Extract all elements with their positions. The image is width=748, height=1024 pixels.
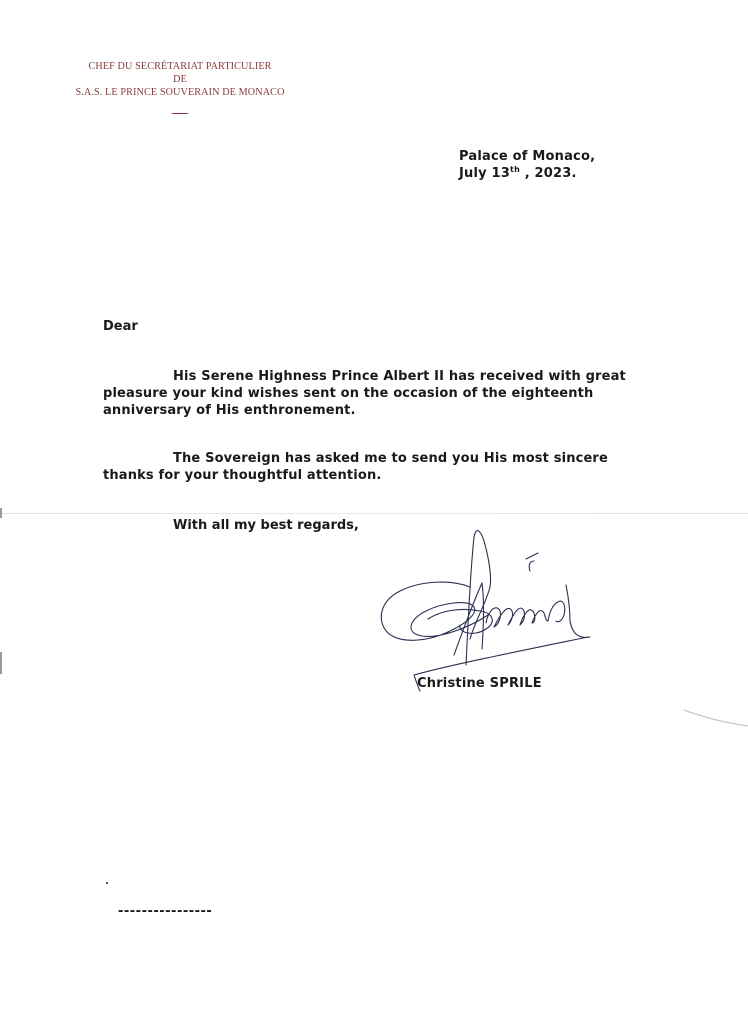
- closing: With all my best regards,: [173, 518, 359, 533]
- stray-pen-mark: [660, 700, 748, 730]
- date-rest: , 2023.: [520, 166, 577, 181]
- paragraph-text: His Serene Highness Prince Albert II has…: [103, 369, 626, 418]
- letterhead-line-3: S.A.S. LE PRINCE SOUVERAIN DE MONACO: [60, 86, 300, 99]
- letterhead-line-1: CHEF DU SECRÉTARIAT PARTICULIER: [60, 60, 300, 73]
- salutation: Dear: [103, 319, 138, 334]
- scan-edge-mark: [0, 508, 2, 518]
- place-date: Palace of Monaco, July 13th , 2023.: [459, 148, 595, 182]
- date-ordinal: th: [510, 165, 520, 174]
- footer-dashes: ----------------: [118, 905, 212, 919]
- paper-fold-line: [0, 513, 748, 514]
- signer-name: Christine SPRILE: [417, 676, 542, 691]
- date-prefix: July 13: [459, 166, 510, 181]
- date: July 13th , 2023.: [459, 165, 595, 182]
- scan-edge-mark: [0, 652, 2, 674]
- stray-dot: [106, 882, 108, 884]
- body-paragraph-2: The Sovereign has asked me to send you H…: [103, 450, 663, 484]
- letterhead-line-2: DE: [60, 73, 300, 86]
- letterhead-rule: [172, 113, 188, 114]
- place: Palace of Monaco,: [459, 148, 595, 165]
- paragraph-text: The Sovereign has asked me to send you H…: [103, 451, 608, 483]
- letterhead: CHEF DU SECRÉTARIAT PARTICULIER DE S.A.S…: [60, 60, 300, 114]
- body-paragraph-1: His Serene Highness Prince Albert II has…: [103, 368, 663, 419]
